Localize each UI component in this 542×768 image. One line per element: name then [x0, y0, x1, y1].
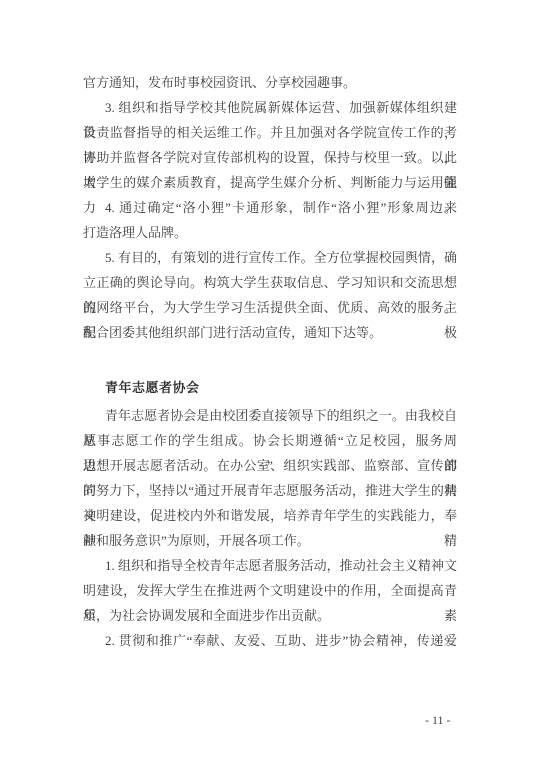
body-line: 2. 贯彻和推广“奉献、友爱、互助、进步”协会精神，传递爱 — [83, 628, 457, 653]
section-heading: 青年志愿者协会 — [83, 375, 457, 400]
section-gap — [83, 345, 457, 375]
text-block: 官方通知，发布时事校园资讯、分享校园趣事。 3. 组织和指导学校其他院属新媒体运… — [83, 70, 457, 653]
body-line: 从事志愿工作的学生组成。协会长期遵循“立足校园，服务周边”的 — [83, 428, 457, 453]
body-line: 思想开展志愿者活动。在办公室、组织实践部、监察部、宣传部的共 — [83, 453, 457, 478]
body-line: 打造洛理人品牌。 — [83, 220, 457, 245]
body-line: 文明建设，促进校内外和谐发展，培养青年学生的实践能力，奉献精 — [83, 503, 457, 528]
body-line: 大学生的媒介素质教育，提高学生媒介分析、判断能力与运用能力。 — [83, 170, 457, 195]
body-line: 负责监督指导的相关运维工作。并且加强对各学院宣传工作的考评， — [83, 120, 457, 145]
document-page: 官方通知，发布时事校园资讯、分享校园趣事。 3. 组织和指导学校其他院属新媒体运… — [0, 0, 542, 768]
body-line: 协助并监督各学院对宣传部机构的设置，保持与校里一致。以此增强 — [83, 145, 457, 170]
body-line: 5. 有目的，有策划的进行宣传工作。全方位掌握校园舆情，确 — [83, 245, 457, 270]
body-line: 青年志愿者协会是由校团委直接领导下的组织之一。由我校自愿 — [83, 403, 457, 428]
body-line: 1. 组织和指导全校青年志愿者服务活动，推动社会主义精神文 — [83, 553, 457, 578]
body-line: 3. 组织和指导学校其他院属新媒体运营、加强新媒体组织建设， — [83, 95, 457, 120]
body-line: 4. 通过确定“洛小狸”卡通形象，制作“洛小狸”形象周边来 — [83, 195, 457, 220]
page-number: - 11 - — [425, 710, 497, 730]
body-line: 官方通知，发布时事校园资讯、分享校园趣事。 — [83, 70, 457, 95]
body-line: 同努力下，坚持以“通过开展青年志愿服务活动，推进大学生的精神 — [83, 478, 457, 503]
body-line: 明建设，发挥大学生在推进两个文明建设中的作用，全面提高青年素 — [83, 578, 457, 603]
body-line: 立正确的舆论导向。构筑大学生获取信息、学习知识和交流思想的主 — [83, 270, 457, 295]
body-line: 流网络平台，为大学生学习生活提供全面、优质、高效的服务。积极 — [83, 295, 457, 320]
